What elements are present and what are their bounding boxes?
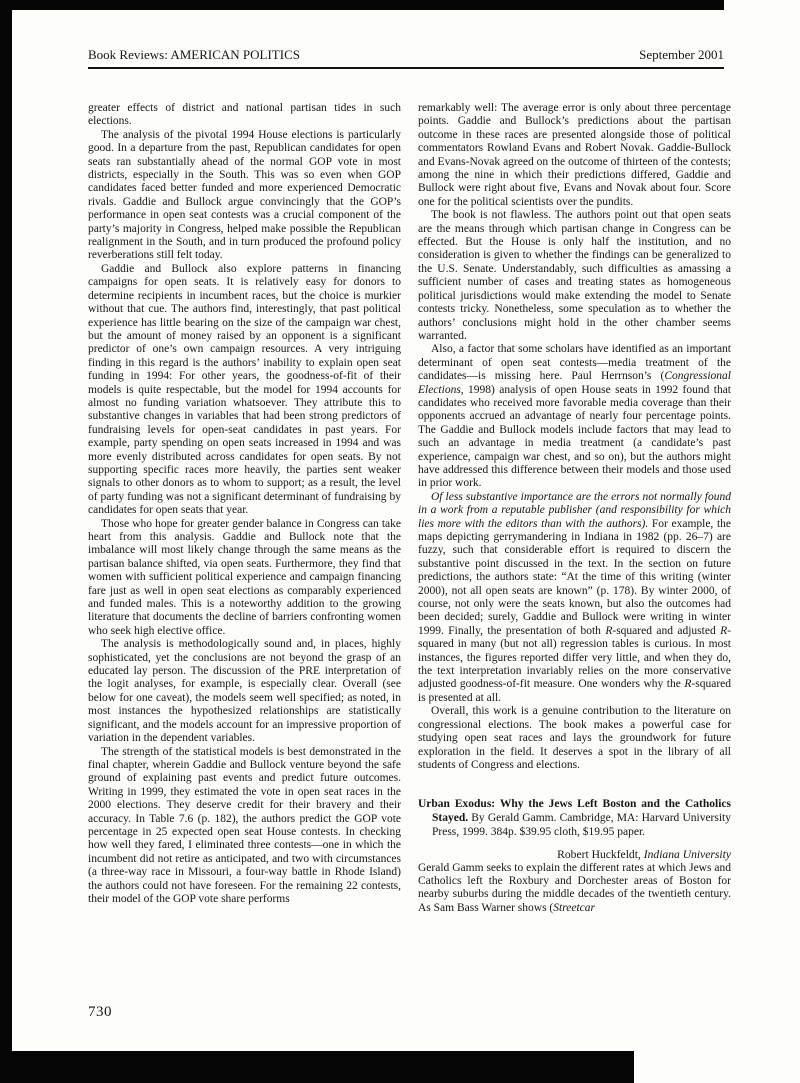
scan-border-left [0, 0, 12, 1083]
running-header: Book Reviews: AMERICAN POLITICS Septembe… [88, 47, 724, 63]
text-run: -squared and adjusted [612, 625, 720, 637]
running-header-issue-date: September 2001 [639, 47, 724, 63]
text-run: Gaddie and Bullock also explore patterns… [88, 263, 401, 516]
running-header-section-title: Book Reviews: AMERICAN POLITICS [88, 47, 300, 63]
paragraph: Also, a factor that some scholars have i… [418, 343, 731, 490]
paragraph: remarkably well: The average error is on… [418, 102, 731, 209]
text-run: The book is not flawless. The authors po… [418, 209, 731, 342]
scan-border-bottom [0, 1051, 634, 1083]
paragraph: The strength of the statistical models i… [88, 746, 401, 907]
text-run: Those who hope for greater gender balanc… [88, 518, 401, 637]
paragraph: The analysis of the pivotal 1994 House e… [88, 129, 401, 263]
book-citation-heading: Urban Exodus: Why the Jews Left Boston a… [418, 798, 731, 839]
paragraph: The analysis is methodologically sound a… [88, 638, 401, 745]
paragraph: Those who hope for greater gender balanc… [88, 518, 401, 639]
review-body-continued: remarkably well: The average error is on… [418, 102, 731, 772]
text-run: By Gerald Gamm. Cambridge, MA: Harvard U… [432, 812, 731, 838]
italic-text: Indiana University [644, 848, 731, 861]
scan-border-top [0, 0, 724, 10]
paragraph: Overall, this work is a genuine contribu… [418, 705, 731, 772]
text-run: The strength of the statistical models i… [88, 746, 401, 905]
text-run: remarkably well: The average error is on… [418, 102, 731, 208]
italic-text: Streetcar [553, 902, 595, 914]
paragraph: greater effects of district and national… [88, 102, 401, 129]
text-run: The analysis of the pivotal 1994 House e… [88, 129, 401, 262]
text-run: Robert Huckfeldt, [557, 848, 644, 861]
text-run: greater effects of district and national… [88, 102, 401, 127]
paragraph: Of less substantive importance are the e… [418, 491, 731, 706]
page-number: 730 [88, 1004, 112, 1021]
left-text-column: greater effects of district and national… [88, 102, 401, 906]
reviewer-byline: Robert Huckfeldt, Indiana University [418, 848, 731, 861]
text-run: The analysis is methodologically sound a… [88, 638, 401, 744]
right-text-column: remarkably well: The average error is on… [418, 102, 731, 915]
header-rule [88, 67, 724, 69]
text-run: For example, the maps depicting gerryman… [418, 518, 731, 637]
text-run: Overall, this work is a genuine contribu… [418, 705, 731, 771]
paragraph: Gaddie and Bullock also explore patterns… [88, 263, 401, 518]
next-review-opening-paragraph: Gerald Gamm seeks to explain the differe… [418, 862, 731, 916]
text-run: , 1998) analysis of open House seats in … [418, 384, 731, 490]
paragraph: The book is not flawless. The authors po… [418, 209, 731, 343]
